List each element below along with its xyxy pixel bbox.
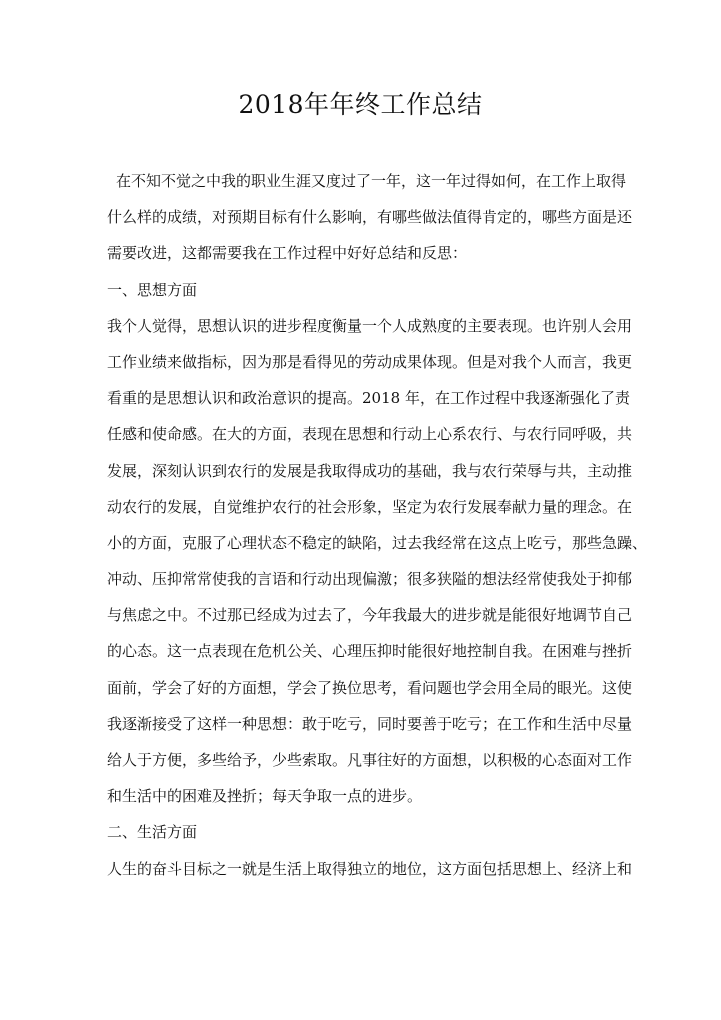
paragraph-line: 需要改进，这都需要我在工作过程中好好总结和反思：	[107, 242, 612, 278]
paragraph-line: 和生活中的困难及挫折；每天争取一点的进步。	[107, 785, 612, 821]
document-title: 2018年年终工作总结	[0, 88, 721, 122]
paragraph-line: 我逐渐接受了这样一种思想：敢于吃亏，同时要善于吃亏；在工作和生活中尽量	[107, 713, 612, 749]
paragraph-line: 与焦虑之中。不过那已经成为过去了，今年我最大的进步就是能很好地调节自己	[107, 604, 612, 640]
paragraph-line: 冲动、压抑常常使我的言语和行动出现偏激；很多狭隘的想法经常使我处于抑郁	[107, 568, 612, 604]
paragraph-line: 人生的奋斗目标之一就是生活上取得独立的地位，这方面包括思想上、经济上和	[107, 858, 612, 894]
paragraph-line: 看重的是思想认识和政治意识的提高。2018 年，在工作过程中我逐渐强化了责	[107, 387, 612, 423]
paragraph-line: 发展，深刻认识到农行的发展是我取得成功的基础，我与农行荣辱与共，主动推	[107, 460, 612, 496]
paragraph-line: 在不知不觉之中我的职业生涯又度过了一年，这一年过得如何，在工作上取得	[107, 170, 612, 206]
section-heading-life: 二、生活方面	[107, 821, 612, 857]
section-heading-thought: 一、思想方面	[107, 279, 612, 315]
paragraph-line: 任感和使命感。在大的方面，表现在思想和行动上心系农行、与农行同呼吸，共	[107, 423, 612, 459]
paragraph-line: 我个人觉得，思想认识的进步程度衡量一个人成熟度的主要表现。也许别人会用	[107, 315, 612, 351]
paragraph-line: 什么样的成绩，对预期目标有什么影响，有哪些做法值得肯定的，哪些方面是还	[107, 206, 612, 242]
paragraph-line: 面前，学会了好的方面想，学会了换位思考，看问题也学会用全局的眼光。这使	[107, 677, 612, 713]
document-body: 在不知不觉之中我的职业生涯又度过了一年，这一年过得如何，在工作上取得 什么样的成…	[107, 170, 612, 894]
paragraph-line: 给人于方便，多些给予，少些索取。凡事往好的方面想，以积极的心态面对工作	[107, 749, 612, 785]
document-page: 2018年年终工作总结 在不知不觉之中我的职业生涯又度过了一年，这一年过得如何，…	[0, 0, 721, 1020]
paragraph-line: 小的方面，克服了心理状态不稳定的缺陷，过去我经常在这点上吃亏，那些急躁、	[107, 532, 612, 568]
paragraph-line: 动农行的发展，自觉维护农行的社会形象，坚定为农行发展奉献力量的理念。在	[107, 496, 612, 532]
paragraph-line: 工作业绩来做指标，因为那是看得见的劳动成果体现。但是对我个人而言，我更	[107, 351, 612, 387]
paragraph-line: 的心态。这一点表现在危机公关、心理压抑时能很好地控制自我。在困难与挫折	[107, 640, 612, 676]
